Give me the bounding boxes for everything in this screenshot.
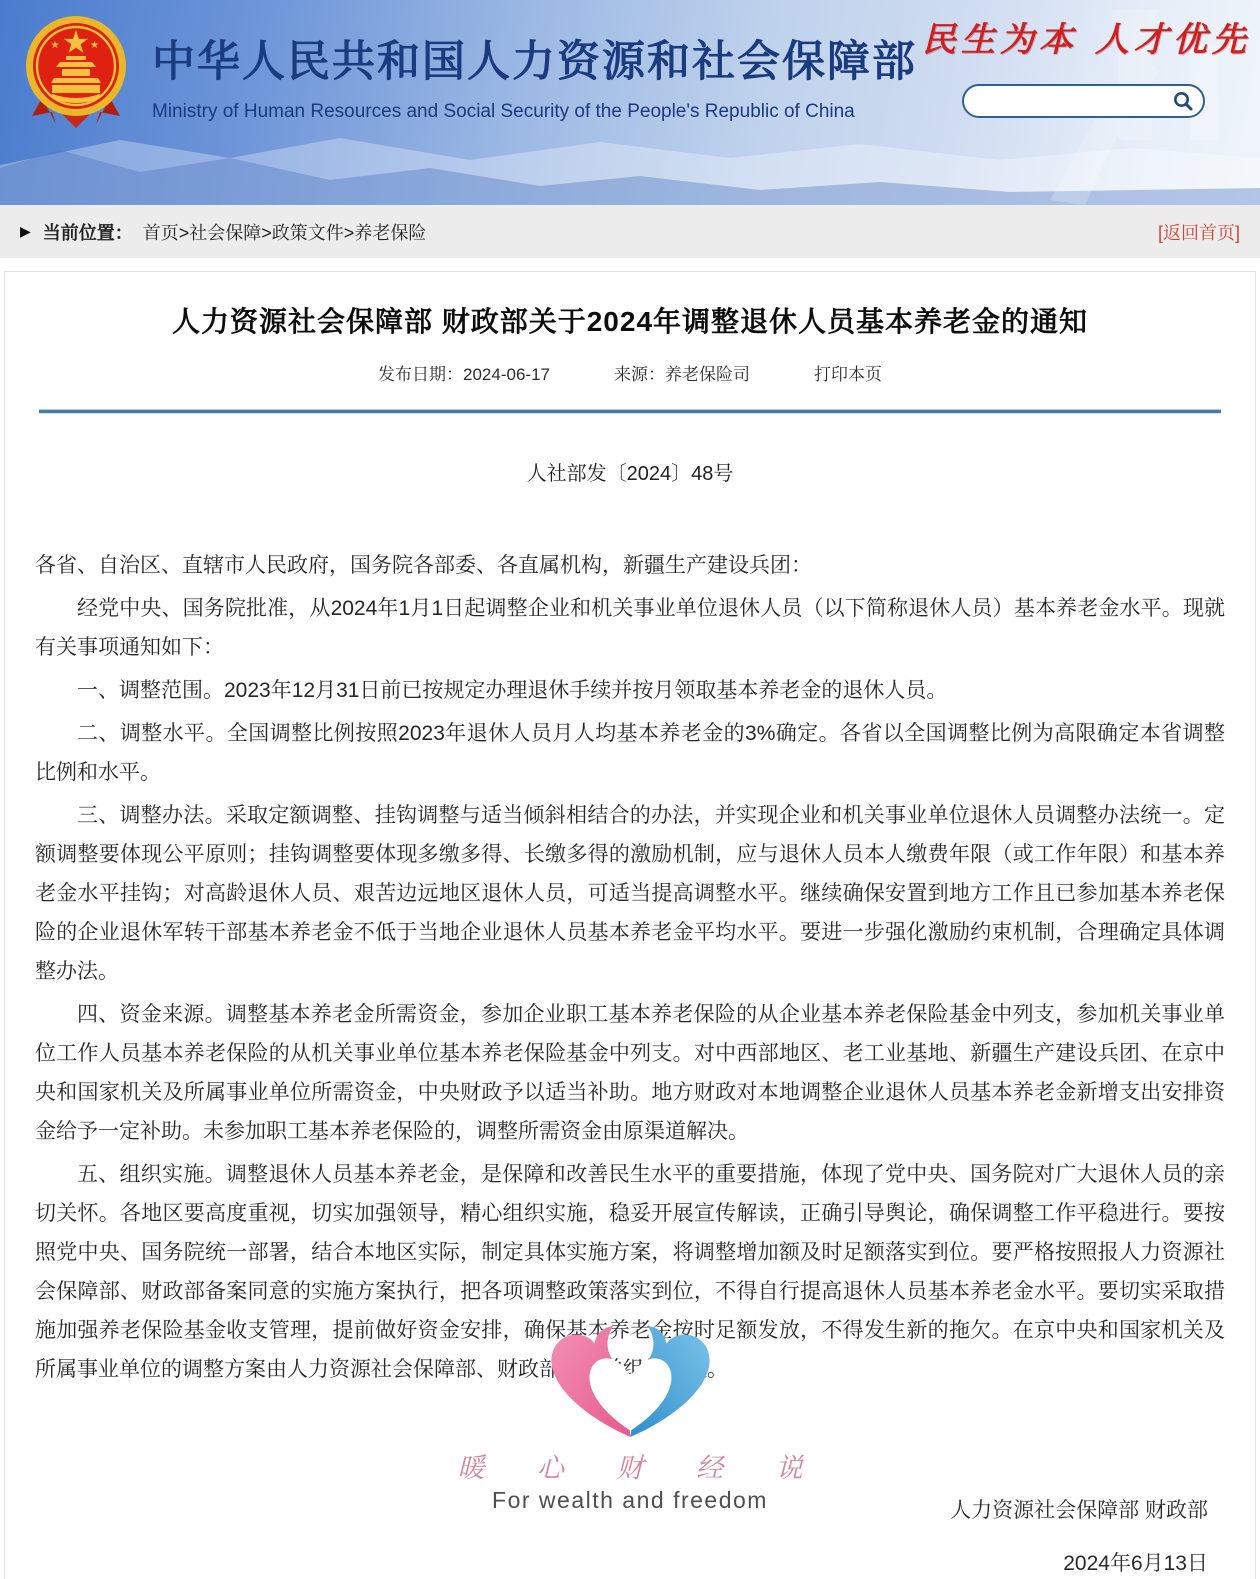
ministry-name-en: Ministry of Human Resources and Social S… — [152, 101, 917, 123]
source: 来源：养老保险司 — [614, 360, 750, 385]
page: 中华人民共和国人力资源和社会保障部 Ministry of Human Reso… — [0, 0, 1260, 1579]
ministry-name-cn: 中华人民共和国人力资源和社会保障部 — [152, 28, 917, 89]
document-body: 各省、自治区、直辖市人民政府，国务院各部委、各直属机构，新疆生产建设兵团： 经党… — [35, 546, 1225, 1389]
paragraph: 五、组织实施。调整退休人员基本养老金，是保障和改善民生水平的重要措施，体现了党中… — [35, 1155, 1225, 1389]
paragraph: 一、调整范围。2023年12月31日前已按规定办理退休手续并按月领取基本养老金的… — [35, 671, 1225, 710]
page-title: 人力资源社会保障部 财政部关于2024年调整退休人员基本养老金的通知 — [71, 304, 1189, 340]
site-header: 中华人民共和国人力资源和社会保障部 Ministry of Human Reso… — [0, 0, 1260, 205]
signature-block: 人力资源社会保障部 财政部 2024年6月13日 — [950, 1494, 1208, 1577]
search-input[interactable] — [976, 92, 1169, 111]
title-divider — [39, 409, 1221, 413]
source-label: 来源： — [614, 365, 665, 384]
publish-date-value: 2024-06-17 — [463, 365, 550, 384]
search-box[interactable] — [962, 84, 1205, 118]
breadcrumb-label: 当前位置： — [43, 219, 133, 245]
article-meta: 发布日期：2024-06-17 来源：养老保险司 打印本页 — [35, 360, 1225, 385]
source-value: 养老保险司 — [665, 365, 750, 384]
publish-date-label: 发布日期： — [378, 365, 463, 384]
paragraph: 经党中央、国务院批准，从2024年1月1日起调整企业和机关事业单位退休人员（以下… — [35, 589, 1225, 667]
document-number: 人社部发〔2024〕48号 — [35, 457, 1225, 486]
return-home-link[interactable]: [返回首页] — [1158, 219, 1240, 245]
signature-date: 2024年6月13日 — [950, 1547, 1208, 1577]
national-emblem-logo — [22, 12, 130, 132]
signature-organizations: 人力资源社会保障部 财政部 — [950, 1494, 1208, 1524]
article-content: 人力资源社会保障部 财政部关于2024年调整退休人员基本养老金的通知 发布日期：… — [4, 271, 1256, 1579]
publish-date: 发布日期：2024-06-17 — [378, 360, 550, 385]
print-page-link[interactable]: 打印本页 — [814, 360, 882, 385]
paragraph: 四、资金来源。调整基本养老金所需资金，参加企业职工基本养老保险的从企业基本养老保… — [35, 995, 1225, 1151]
paragraph: 二、调整水平。全国调整比例按照2023年退休人员月人均基本养老金的3%确定。各省… — [35, 714, 1225, 792]
ministry-title-block: 中华人民共和国人力资源和社会保障部 Ministry of Human Reso… — [152, 28, 917, 123]
slogan-calligraphy: 民生为本 人才优先 — [922, 12, 1242, 61]
breadcrumb-arrow-icon: ▶ — [20, 223, 31, 240]
breadcrumb-bar: ▶ 当前位置： 首页>社会保障>政策文件>养老保险 [返回首页] — [0, 205, 1260, 258]
breadcrumb-path[interactable]: 首页>社会保障>政策文件>养老保险 — [143, 219, 427, 245]
paragraph: 三、调整办法。采取定额调整、挂钩调整与适当倾斜相结合的办法，并实现企业和机关事业… — [35, 796, 1225, 991]
paragraph: 各省、自治区、直辖市人民政府，国务院各部委、各直属机构，新疆生产建设兵团： — [35, 546, 1225, 585]
search-icon[interactable] — [1169, 87, 1197, 115]
